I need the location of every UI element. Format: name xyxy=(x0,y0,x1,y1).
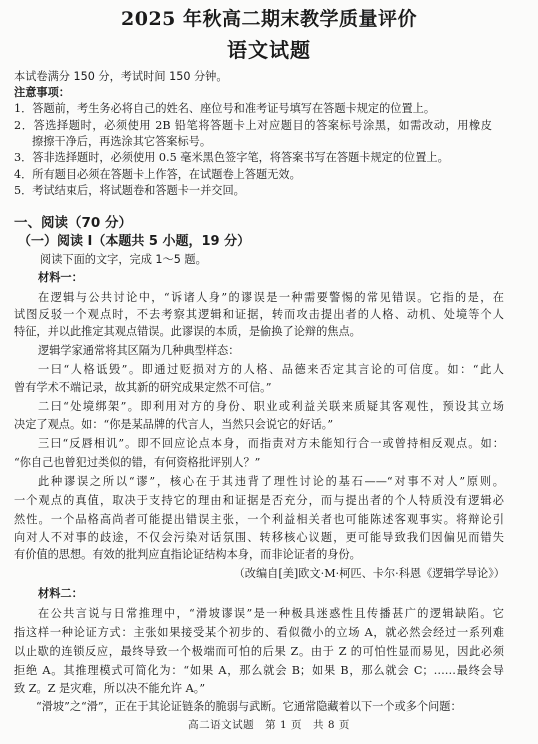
section-instruction: 阅读下面的文字，完成 1～5 题。 xyxy=(40,252,207,267)
notice-item-1: 1．答题前，考生务必将自己的姓名、座位号和准考证号填写在答题卡规定的位置上。 xyxy=(14,101,435,116)
material2-line: “滑坡”之“滑”，正在于其论证链条的脆弱与武断。它通常隐藏着以下一个或多个问题： xyxy=(36,699,462,714)
material1-line: 曾有学术不端记录，故其新的研究成果定然不可信。” xyxy=(14,380,271,395)
material1-line: 在逻辑与公共讨论中，“诉诸人身”的谬误是一种需要警惕的常见错误。它指的是，在 xyxy=(38,290,504,305)
material1-line: 有价值的思想。有效的批判应直指论证结构本身，而非论证者的身份。 xyxy=(14,547,361,562)
notice-item-5: 5．考试结束后，将试题卷和答题卡一并交回。 xyxy=(14,183,245,198)
material1-line: 此种谬误之所以“谬”，核心在于其违背了理性讨论的基石——“对事不对人”原则。 xyxy=(38,474,504,489)
section-subheading: （一）阅读 I（本题共 5 小题，19 分） xyxy=(18,234,250,249)
exam-info: 本试卷满分 150 分，考试时间 150 分钟。 xyxy=(14,69,228,84)
notice-title: 注意事项： xyxy=(14,85,70,100)
exam-subject-title: 语文试题 xyxy=(0,34,538,63)
section-heading: 一、阅读（70 分） xyxy=(14,216,132,231)
material2-label: 材料二： xyxy=(38,586,83,601)
material2-line: 以止歇的连锁反应，最终导致一个极端而可怕的后果 Z。由于 Z 的可怕性显而易见，… xyxy=(14,644,504,659)
material1-line: 特征，并以此推定其观点错误。此谬误的本质，是偷换了论辩的焦点。 xyxy=(14,324,361,339)
material2-line: 拒绝 A。其推理模式可简化为：“如果 A，那么就会 B；如果 B，那么就会 C；… xyxy=(14,663,504,678)
material2-line: 在公共言说与日常推理中，“滑坡谬误”是一种极具迷惑性且传播甚广的逻辑缺陷。它 xyxy=(38,606,504,621)
notice-item-3: 3．答非选择题时，必须使用 0.5 毫米黑色签字笔，将答案书写在答题卡规定的位置… xyxy=(14,150,449,165)
material1-line: 二曰“处境绑架”。即利用对方的身份、职业或利益关联来质疑其客观性，预设其立场 xyxy=(38,399,504,414)
material1-line: 三曰“反唇相讥”。即不回应论点本身，而指责对方未能知行合一或曾持相反观点。如： xyxy=(38,436,504,451)
page-footer: 高二语文试题 第 1 页 共 8 页 xyxy=(0,717,538,732)
material2-line: 指这样一种论证方式：主张如果接受某个初步的、看似微小的立场 A，就必然会经过一系… xyxy=(14,625,504,640)
notice-item-2: 2．答选择题时，必须使用 2B 铅笔将答题卡上对应题目的答案标号涂黑，如需改动，… xyxy=(14,118,492,133)
exam-title: 2025 年秋高二期末教学质量评价 xyxy=(0,4,538,31)
material1-line: 逻辑学家通常将其区隔为几种典型样态： xyxy=(38,343,239,358)
notice-item-2-cont: 擦擦干净后，再选涂其它答案标号。 xyxy=(32,134,211,149)
material1-line: 向对人不对事的歧途，不仅会污染对话氛围、转移核心议题，更可能导致我们因偏见而错失 xyxy=(14,530,504,545)
material1-line: 然性。一个品格高尚者可能提出错误主张，一个利益相关者也可能陈述客观事实。将辩论引 xyxy=(14,512,504,527)
material1-source: （改编自[美]欧文·M·柯匹、卡尔·科恩《逻辑学导论》） xyxy=(0,566,505,581)
material1-line: 决定了观点。如：“你是某品牌的代言人，当然只会说它的好话。” xyxy=(14,417,333,432)
exam-page: 2025 年秋高二期末教学质量评价 语文试题 本试卷满分 150 分，考试时间 … xyxy=(0,0,538,744)
material1-line: 一个观点的真值，取决于支持它的理由和证据是否充分，而与提出者的个人特质没有逻辑必 xyxy=(14,493,504,508)
material1-line: 一曰“人格诋毁”。即通过贬损对方的人格、品德来否定其言论的可信度。如：“此人 xyxy=(38,362,504,377)
material1-line: “你自己也曾犯过类似的错，有何资格批评别人？” xyxy=(14,455,260,470)
notice-item-4: 4．所有题目必须在答题卡上作答，在试题卷上答题无效。 xyxy=(14,167,301,182)
material1-label: 材料一： xyxy=(38,270,83,285)
material2-line: 致 Z。Z 是灾难，所以决不能允许 A。” xyxy=(14,681,205,696)
material1-line: 试图反驳一个观点时，不去考察其逻辑和证据，转而攻击提出者的人格、动机、处境等个人 xyxy=(14,307,504,322)
